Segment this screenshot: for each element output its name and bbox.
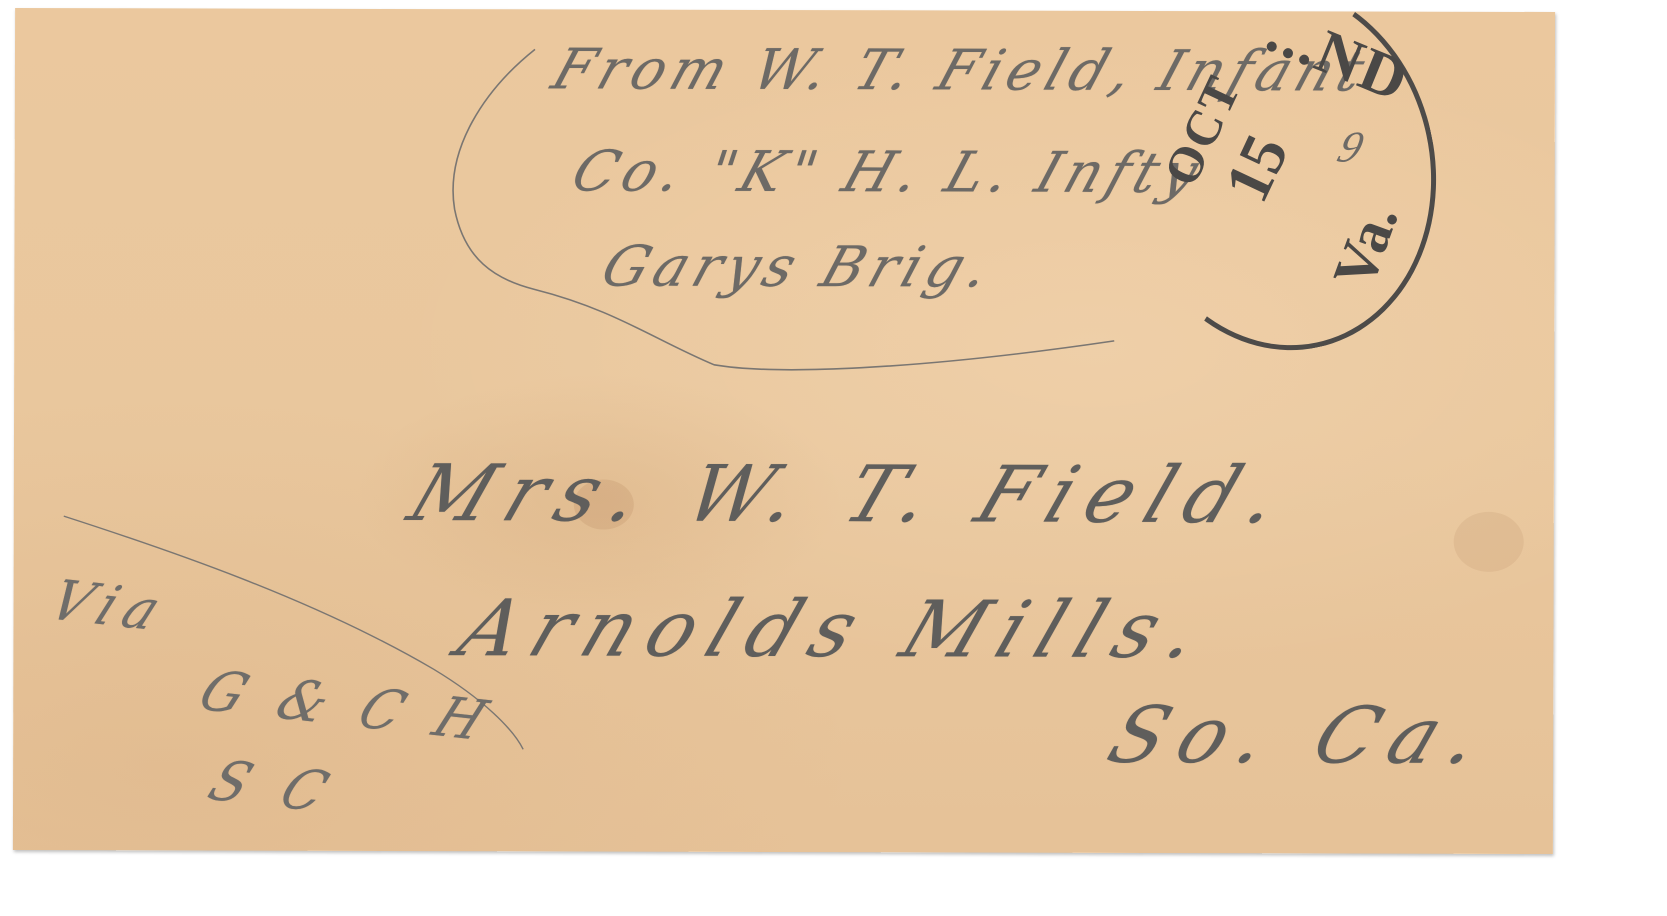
recipient-state: So. Ca. xyxy=(1097,691,1508,782)
routing-note-line-1: Via xyxy=(40,568,180,643)
stain-spot xyxy=(1454,512,1524,572)
return-address-line-3: Garys Brig. xyxy=(594,235,1004,301)
recipient-name: Mrs. W. T. Field. xyxy=(397,449,1306,541)
recipient-town: Arnolds Mills. xyxy=(447,584,1226,676)
return-address-line-2: Co. "K" H. L. Infty xyxy=(564,139,1212,206)
postmark: ...ND OCT 15 Va. 9 xyxy=(1124,0,1445,352)
envelope: From W. T. Field, Infant Co. "K" H. L. I… xyxy=(13,8,1555,854)
routing-note-line-3: S C xyxy=(200,749,348,825)
